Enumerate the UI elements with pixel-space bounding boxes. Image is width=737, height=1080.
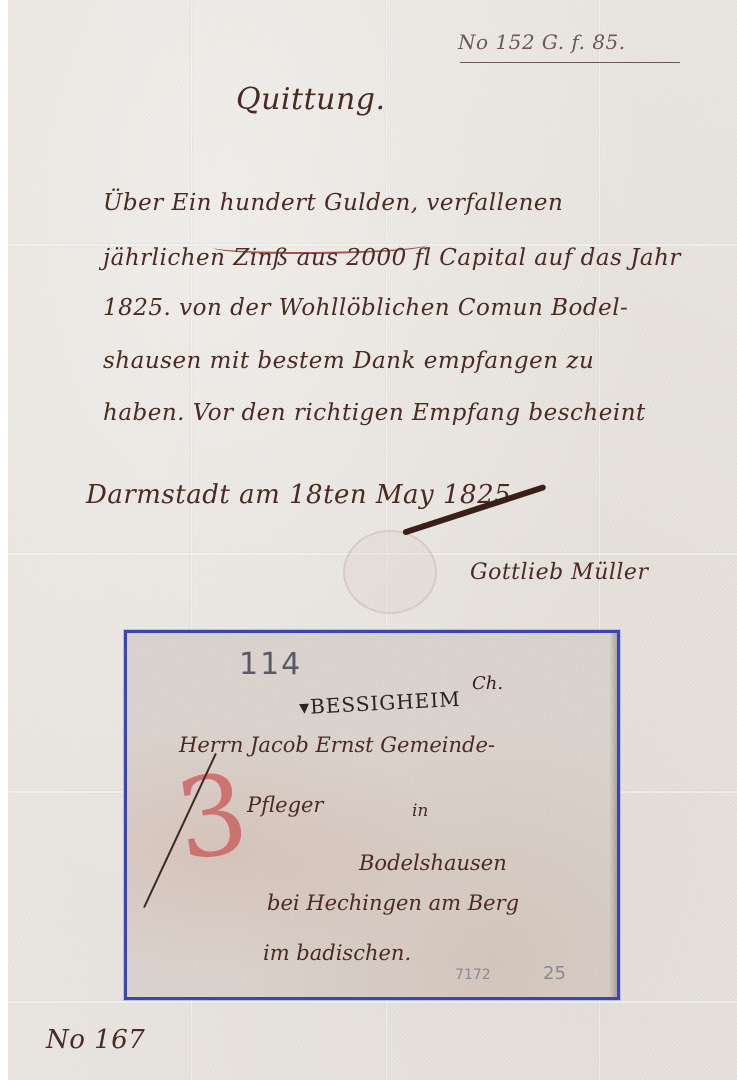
postmark-stamp: ▾BESSIGHEIM [298,687,461,719]
reference-number: No 152 G. f. 85. [458,30,626,54]
address-line: Pfleger [247,793,323,817]
address-line: im badischen. [263,941,411,965]
address-line: bei Hechingen am Berg [267,891,519,915]
red-rate-mark: 3 [168,749,255,885]
pencil-number: 114 [239,647,302,682]
postmark-suffix: Ch. [472,673,503,694]
body-line: 1825. von der Wohllöblichen Comun Bodel- [103,295,628,321]
cover-inset-image: 3 114 ▾BESSIGHEIM Ch. Herrn Jacob Ernst … [124,630,620,1000]
inset-edge-shadow [609,633,617,997]
place-and-date: Darmstadt am 18ten May 1825 [86,480,511,510]
signature: Gottlieb Müller [470,560,648,585]
pencil-note: 25 [543,963,566,984]
address-line: Bodelshausen [359,851,507,875]
body-line: Über Ein hundert Gulden, verfallenen [103,190,563,216]
archive-number: No 167 [46,1025,145,1055]
wax-seal-mark [343,530,437,614]
reference-underline [460,62,680,63]
document-title: Quittung. [236,82,386,117]
address-line: in [412,801,428,821]
address-line: Herrn Jacob Ernst Gemeinde- [179,733,495,757]
fold-line [8,1000,737,1004]
body-line: jährlichen Zinß aus 2000 fl Capital auf … [103,245,681,271]
body-line: shausen mit bestem Dank empfangen zu [103,348,594,374]
pencil-note: 7172 [455,967,491,983]
body-line: haben. Vor den richtigen Empfang beschei… [103,400,646,426]
